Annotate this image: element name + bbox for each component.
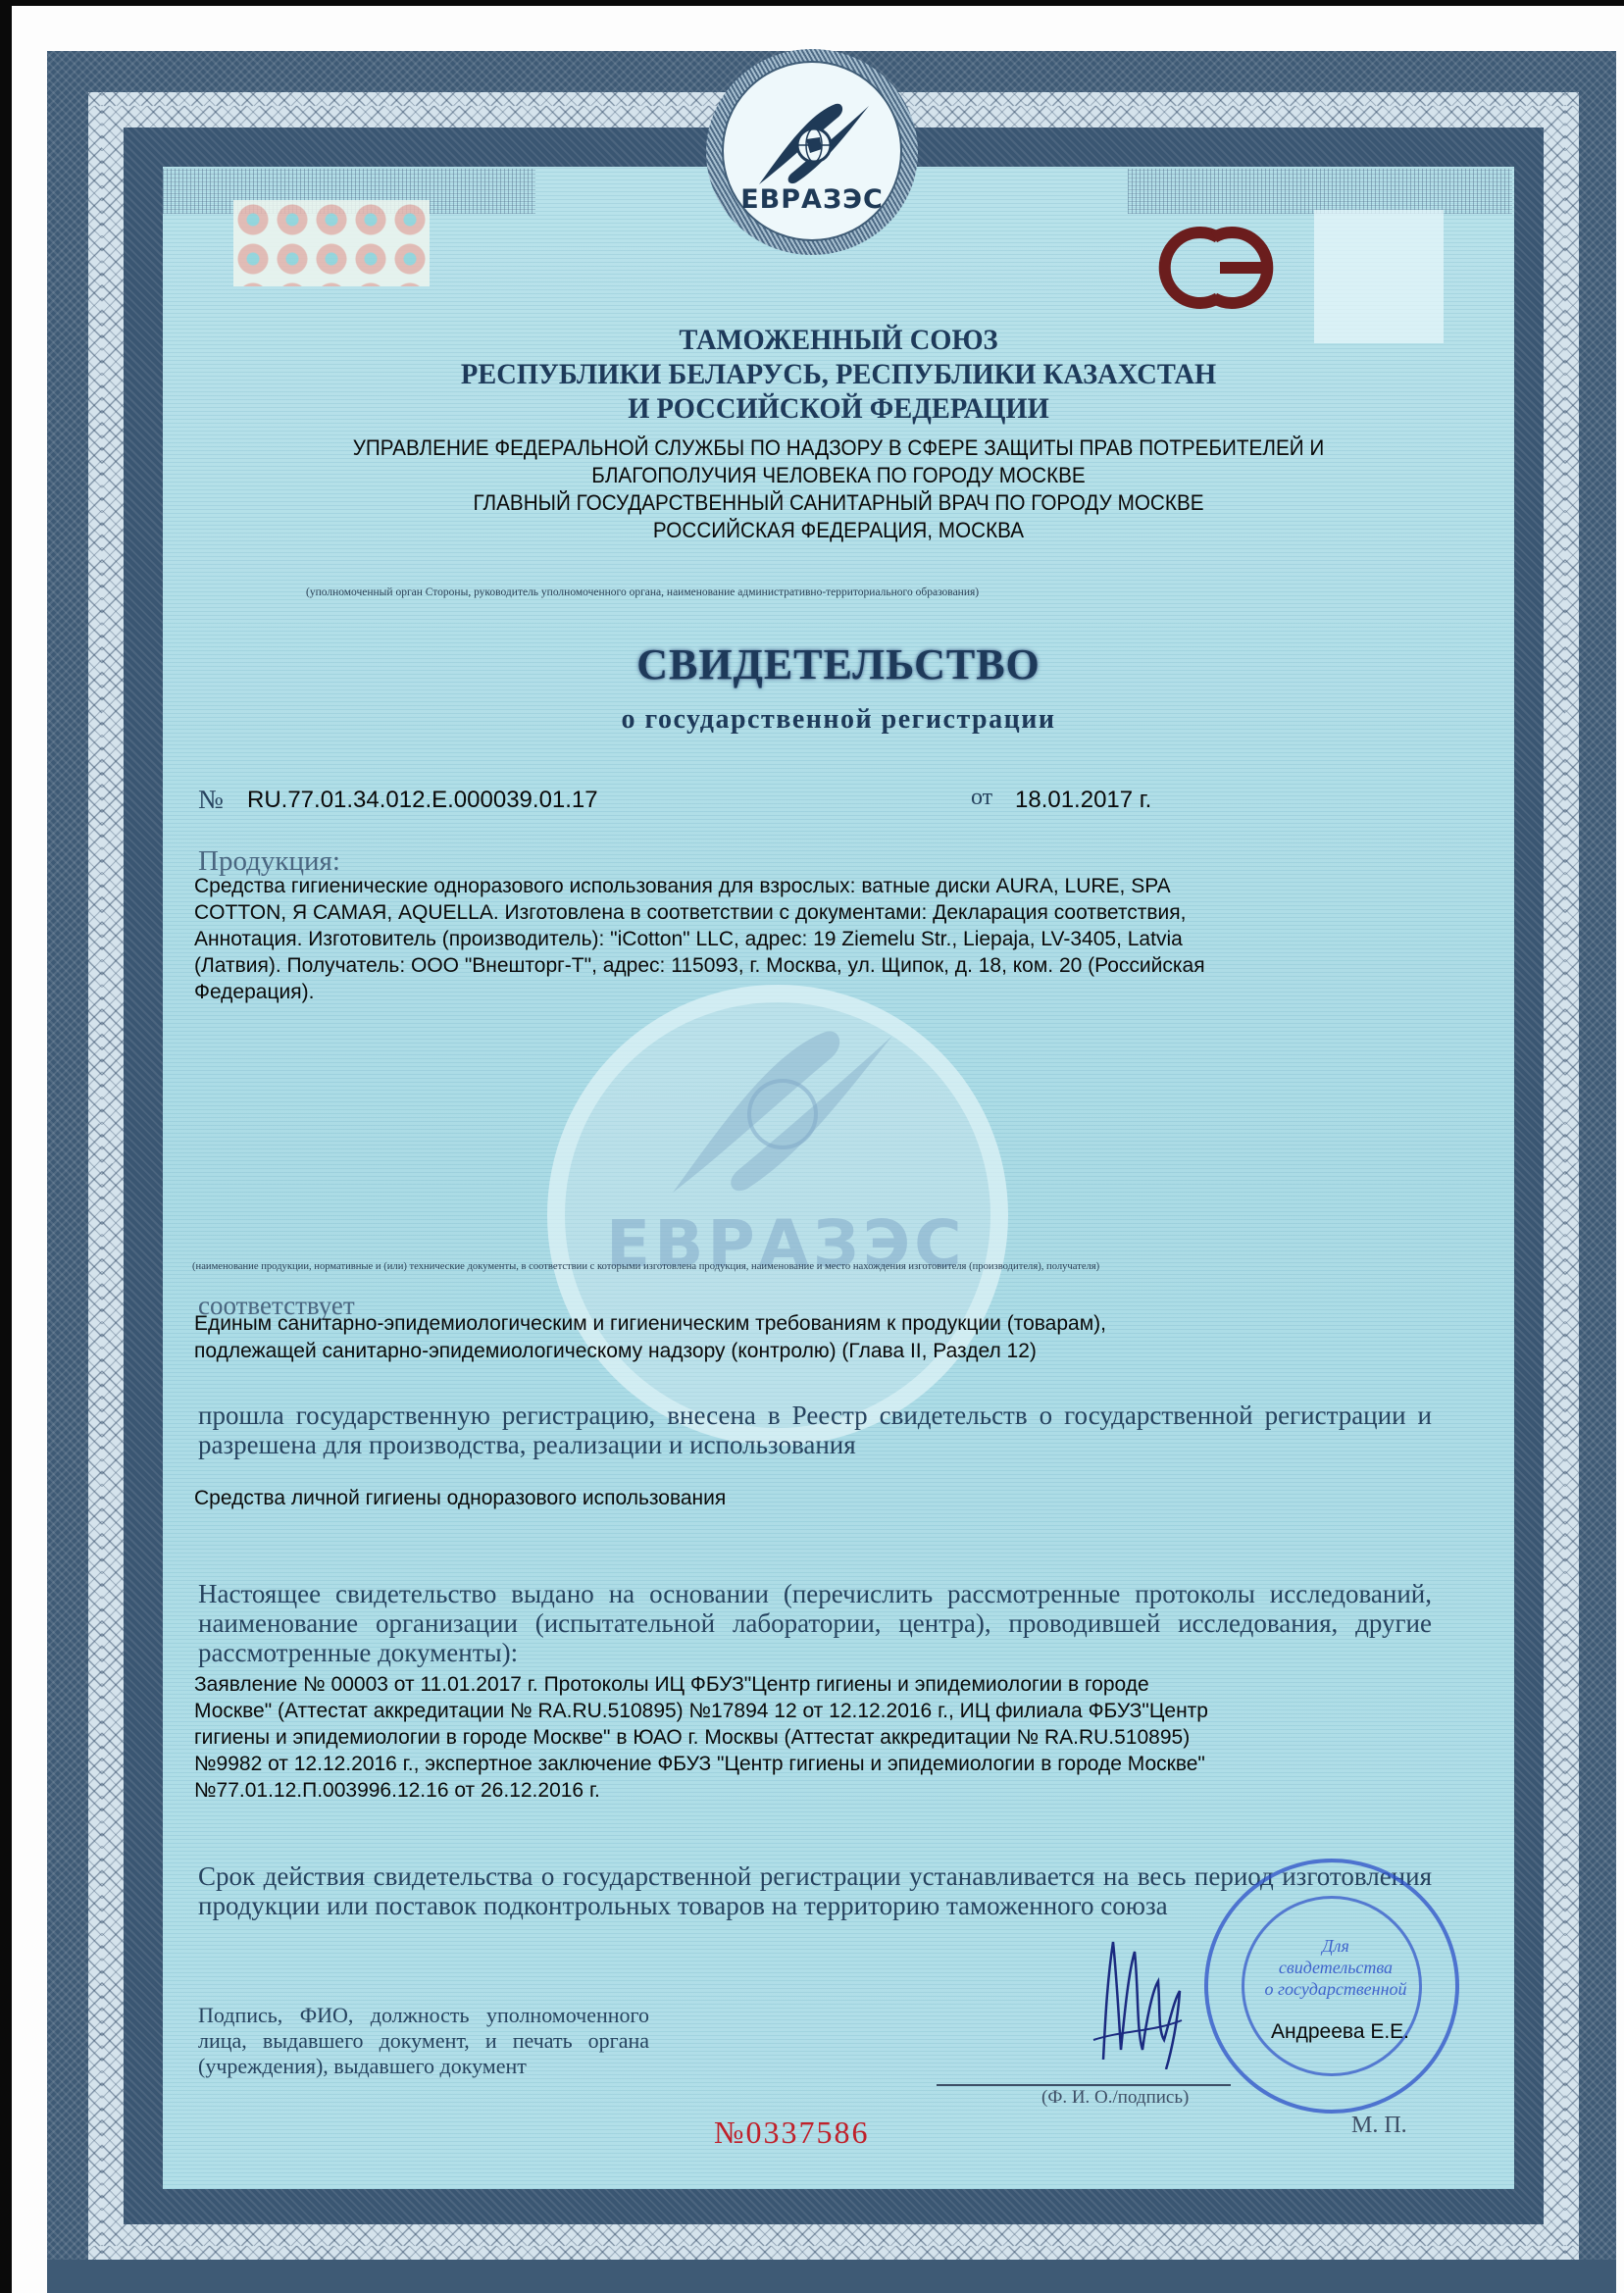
signature-line bbox=[937, 2084, 1231, 2086]
seal-text-line-3: о государственной bbox=[1208, 1978, 1463, 2000]
product-line-1: Средства гигиенические одноразового испо… bbox=[194, 873, 1171, 900]
form-serial-number: №0337586 bbox=[714, 2115, 870, 2151]
signature-line-caption: (Ф. И. О./подпись) bbox=[1041, 2087, 1189, 2109]
authority-line-4: РОССИЙСКАЯ ФЕДЕРАЦИЯ, МОСКВА bbox=[217, 517, 1460, 544]
certificate-number: RU.77.01.34.012.Е.000039.01.17 bbox=[247, 787, 598, 814]
eurasec-watermark: ЕВРАЗЭС bbox=[547, 985, 1008, 1269]
basis-line-5: №77.01.12.П.003996.12.16 от 26.12.2016 г… bbox=[194, 1777, 600, 1805]
frame-bottom-edge bbox=[47, 2260, 1616, 2293]
certificate-date: 18.01.2017 г. bbox=[1015, 787, 1151, 814]
certificate-date-label: от bbox=[971, 785, 992, 811]
emblem-label: ЕВРАЗЭС bbox=[706, 184, 918, 215]
registration-usage: Средства личной гигиены одноразового исп… bbox=[194, 1485, 726, 1512]
authority-line-3: ГЛАВНЫЙ ГОСУДАРСТВЕННЫЙ САНИТАРНЫЙ ВРАЧ … bbox=[217, 489, 1460, 517]
basis-statement: Настоящее свидетельство выдано на основа… bbox=[198, 1579, 1432, 1667]
signature-instruction: Подпись, ФИО, должность уполномоченного … bbox=[198, 2003, 649, 2079]
product-caption: (наименование продукции, нормативные и (… bbox=[192, 1261, 1099, 1272]
registration-statement: прошла государственную регистрацию, внес… bbox=[198, 1401, 1432, 1459]
certificate-number-label: № bbox=[198, 785, 224, 815]
seal-text-line-2: свидетельства bbox=[1208, 1957, 1463, 1978]
authority-line-2: БЛАГОПОЛУЧИЯ ЧЕЛОВЕКА ПО ГОРОДУ МОСКВЕ bbox=[217, 462, 1460, 489]
seal-text-line-1: Для bbox=[1208, 1935, 1463, 1957]
union-title-line-1: ТАМОЖЕННЫЙ СОЮЗ bbox=[196, 324, 1480, 357]
product-line-4: (Латвия). Получатель: ООО "Внешторг-Т", … bbox=[194, 952, 1205, 980]
union-title-line-3: И РОССИЙСКОЙ ФЕДЕРАЦИИ bbox=[196, 392, 1480, 426]
basis-line-3: гигиены и эпидемиологии в городе Москве"… bbox=[194, 1724, 1190, 1752]
certificate-subtitle: о государственной регистрации bbox=[163, 704, 1514, 736]
authority-caption: (уполномоченный орган Стороны, руководит… bbox=[306, 586, 979, 598]
ce-eac-conformity-mark-icon bbox=[1157, 224, 1275, 312]
eurasec-watermark-icon bbox=[635, 1024, 930, 1200]
emblem-medallion: ЕВРАЗЭС bbox=[706, 49, 918, 255]
conformity-line-2: подлежащей санитарно-эпидемиологическому… bbox=[194, 1338, 1037, 1365]
guilloche-strip-right bbox=[1128, 169, 1512, 214]
hologram-strip bbox=[233, 200, 430, 286]
authority-line-1: УПРАВЛЕНИЕ ФЕДЕРАЛЬНОЙ СЛУЖБЫ ПО НАДЗОРУ… bbox=[217, 434, 1460, 462]
product-line-2: COTTON, Я САМАЯ, AQUELLA. Изготовлена в … bbox=[194, 899, 1186, 927]
conformity-line-1: Единым санитарно-эпидемиологическим и ги… bbox=[194, 1310, 1106, 1338]
basis-line-4: №9982 от 12.12.2016 г., экспертное заклю… bbox=[194, 1751, 1205, 1778]
union-title-line-2: РЕСПУБЛИКИ БЕЛАРУСЬ, РЕСПУБЛИКИ КАЗАХСТА… bbox=[196, 358, 1480, 391]
handwritten-signature-icon bbox=[1064, 1922, 1211, 2069]
product-line-5: Федерация). bbox=[194, 979, 314, 1006]
basis-line-2: Москве" (Аттестат аккредитации № RA.RU.5… bbox=[194, 1698, 1208, 1725]
product-line-3: Аннотация. Изготовитель (производитель):… bbox=[194, 926, 1183, 953]
signer-name: Андреева Е.Е. bbox=[1271, 2018, 1409, 2046]
eurasec-emblem-icon bbox=[755, 100, 873, 188]
basis-line-1: Заявление № 00003 от 11.01.2017 г. Прото… bbox=[194, 1671, 1149, 1699]
official-seal-stamp: Для свидетельства о государственной bbox=[1204, 1859, 1459, 2114]
seal-placement-label: М. П. bbox=[1351, 2113, 1407, 2139]
certificate-title: СВИДЕТЕЛЬСТВО bbox=[163, 639, 1514, 689]
